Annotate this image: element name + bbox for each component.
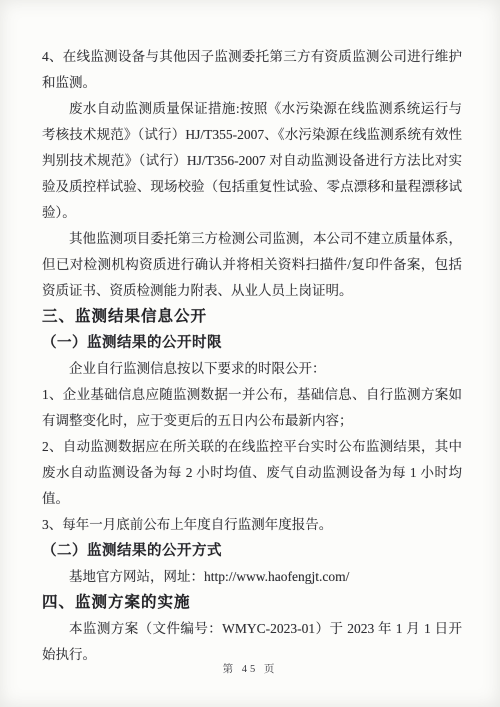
paragraph-disclosure-intro: 企业自行监测信息按以下要求的时限公开： — [42, 356, 462, 382]
document-page: 4、在线监测设备与其他因子监测委托第三方有资质监测公司进行维护和监测。 废水自动… — [0, 0, 500, 707]
paragraph-disclosure-rule-3: 3、每年一月底前公布上年度自行监测年度报告。 — [42, 512, 462, 538]
paragraph-disclosure-rule-1: 1、企业基础信息应随监测数据一并公布，基础信息、自行监测方案如有调整变化时，应于… — [42, 382, 462, 434]
subsection-heading-3-2-disclosure-method: （二）监测结果的公开方式 — [42, 538, 462, 564]
section-heading-4-plan-implementation: 四、监测方案的实施 — [42, 590, 462, 616]
subsection-heading-3-1-disclosure-time: （一）监测结果的公开时限 — [42, 330, 462, 356]
paragraph-third-party-qualification: 其他监测项目委托第三方检测公司监测，本公司不建立质量体系，但已对检测机构资质进行… — [42, 226, 462, 304]
paragraph-disclosure-rule-2: 2、自动监测数据应在所关联的在线监控平台实时公布监测结果，其中废水自动监测设备为… — [42, 434, 462, 512]
page-number-footer: 第 45 页 — [0, 661, 500, 676]
paragraph-online-monitoring-item4: 4、在线监测设备与其他因子监测委托第三方有资质监测公司进行维护和监测。 — [42, 44, 462, 96]
document-body: 4、在线监测设备与其他因子监测委托第三方有资质监测公司进行维护和监测。 废水自动… — [42, 44, 462, 668]
paragraph-wastewater-qa-measures: 废水自动监测质量保证措施:按照《水污染源在线监测系统运行与考核技术规范》（试行）… — [42, 96, 462, 226]
paragraph-official-website: 基地官方网站，网址：http://www.haofengjt.com/ — [42, 564, 462, 590]
section-heading-3-info-disclosure: 三、监测结果信息公开 — [42, 304, 462, 330]
